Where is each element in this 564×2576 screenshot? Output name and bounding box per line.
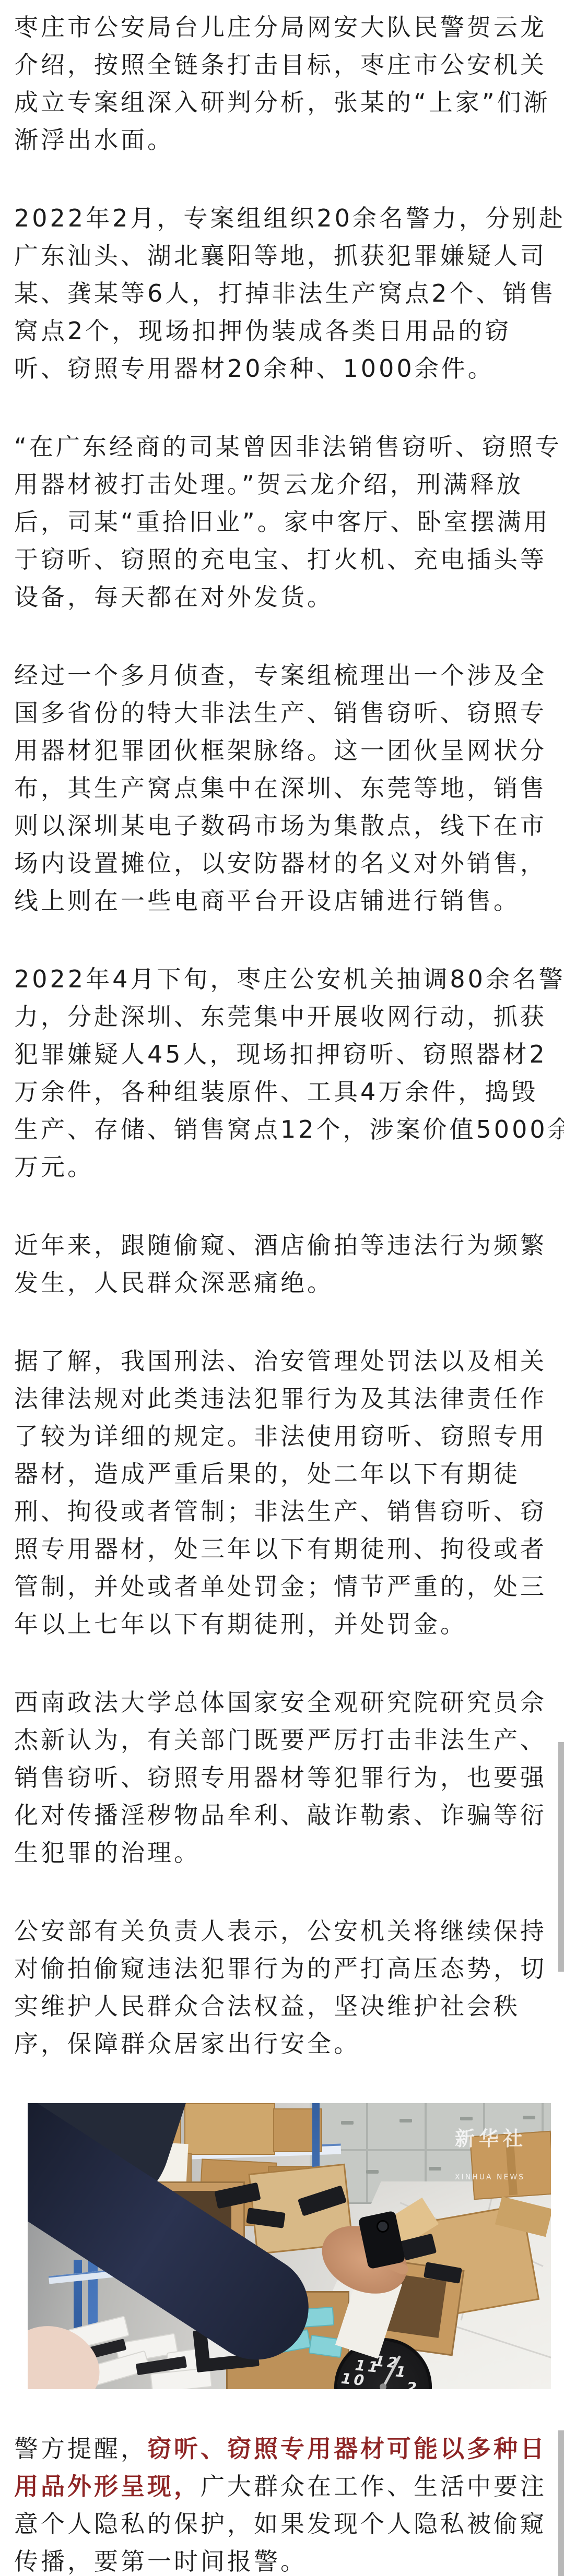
drawer-handle (341, 2121, 354, 2125)
text-line: 据了解，我国刑法、治安管理处罚法以及相关 (14, 1342, 550, 1380)
text-line: 照专用器材，处三年以下有期徒刑、拘役或者 (14, 1530, 550, 1568)
article-paragraph: 经过一个多月侦查，专案组梳理出一个涉及全国多省份的特大非法生产、销售窃听、窃照专… (14, 657, 550, 920)
text-line: 近年来，跟随偷窥、酒店偷拍等违法行为频繁 (14, 1226, 550, 1264)
warning-highlight: 窃听、窃照专用器材可能以多种日 (147, 2435, 547, 2463)
text-line: “在广东经商的司某曾因非法销售窃听、窃照专 (14, 428, 550, 466)
text-line: 设备，每天都在对外发货。 (14, 578, 550, 616)
text-line: 意个人隐私的保护，如果发现个人隐私被偷窥 (14, 2505, 550, 2543)
watermark-english: XINHUA NEWS (455, 2158, 527, 2196)
text-line: 传播，要第一时间报警。 (14, 2543, 550, 2576)
text-line: 化对传播淫秽物品牟利、敲诈勒索、诈骗等衍 (14, 1796, 550, 1834)
article-paragraph: 据了解，我国刑法、治安管理处罚法以及相关法律法规对此类违法犯罪行为及其法律责任作… (14, 1342, 550, 1643)
warning-text: 广大群众在工作、生活中要注 (201, 2472, 547, 2500)
article-paragraph: 枣庄市公安局台儿庄分局网安大队民警贺云龙介绍，按照全链条打击目标，枣庄市公安机关… (14, 8, 550, 159)
scrollbar-thumb[interactable] (558, 2430, 564, 2576)
drawer-handle (399, 2119, 412, 2122)
text-line: 犯罪嫌疑人45人，现场扣押窃听、窃照器材2 (14, 1035, 550, 1073)
text-line: 实维护人民群众合法权益，坚决维护社会秩 (14, 1987, 550, 2025)
text-line: 力，分赴深圳、东莞集中开展收网行动，抓获 (14, 998, 550, 1035)
text-line: 成立专案组深入研判分析，张某的“上家”们渐 (14, 84, 550, 121)
scrollbar-thumb[interactable] (558, 1742, 564, 1972)
text-line: 于窃听、窃照的充电宝、打火机、充电插头等 (14, 541, 550, 578)
text-line: 销售窃听、窃照专用器材等犯罪行为，也要强 (14, 1759, 550, 1796)
text-line: 用器材被打击处理。”贺云龙介绍，刑满释放 (14, 466, 550, 503)
text-line: 器材，造成严重后果的，处二年以下有期徒 (14, 1455, 550, 1493)
text-line: 窝点2个，现场扣押伪装成各类日用品的窃 (14, 312, 550, 350)
xinhua-watermark: 新华社 XINHUA NEWS (455, 2120, 527, 2196)
text-line: 生产、存储、销售窝点12个，涉案价值5000余 (14, 1111, 550, 1148)
text-line: 则以深圳某电子数码市场为集散点，线下在市 (14, 807, 550, 844)
text-line: 年以上七年以下有期徒刑，并处罚金。 (14, 1605, 550, 1643)
article-body: 枣庄市公安局台儿庄分局网安大队民警贺云龙介绍，按照全链条打击目标，枣庄市公安机关… (0, 0, 564, 2576)
text-line: 刑、拘役或者管制；非法生产、销售窃听、窃 (14, 1493, 550, 1530)
text-line: 介绍，按照全链条打击目标，枣庄市公安机关 (14, 46, 550, 84)
article-paragraph: 2022年4月下旬，枣庄公安机关抽调80余名警力，分赴深圳、东莞集中开展收网行动… (14, 960, 550, 1186)
text-line: 警方提醒，窃听、窃照专用器材可能以多种日 (14, 2430, 550, 2467)
camera-lens (377, 2220, 389, 2233)
warning-text: 意个人隐私的保护，如果发现个人隐私被偷窥 (14, 2510, 547, 2538)
text-line: 生犯罪的治理。 (14, 1834, 550, 1871)
text-line: 渐浮出水面。 (14, 121, 550, 159)
text-line: 广东汕头、湖北襄阳等地，抓获犯罪嫌疑人司 (14, 237, 550, 275)
text-line: 听、窃照专用器材20余种、1000余件。 (14, 350, 550, 387)
text-line: 布，其生产窝点集中在深圳、东莞等地，销售 (14, 769, 550, 807)
text-line: 杰新认为，有关部门既要严厉打击非法生产、 (14, 1721, 550, 1759)
text-line: 线上则在一些电商平台开设店铺进行销售。 (14, 882, 550, 920)
article-paragraph: 近年来，跟随偷窥、酒店偷拍等违法行为频繁发生，人民群众深恶痛绝。 (14, 1226, 550, 1302)
warning-highlight: 用品外形呈现， (14, 2472, 201, 2500)
text-line: 2022年4月下旬，枣庄公安机关抽调80余名警 (14, 960, 550, 998)
article-paragraph: 西南政法大学总体国家安全观研究院研究员佘杰新认为，有关部门既要严厉打击非法生产、… (14, 1684, 550, 1871)
drawer-handle (429, 2167, 441, 2170)
text-line: 万余件，各种组装原件、工具4万余件，捣毁 (14, 1073, 550, 1111)
text-line: 西南政法大学总体国家安全观研究院研究员佘 (14, 1684, 550, 1721)
article-paragraph: 2022年2月，专案组组织20余名警力，分别赴广东汕头、湖北襄阳等地，抓获犯罪嫌… (14, 199, 550, 387)
text-line: 用品外形呈现，广大群众在工作、生活中要注 (14, 2467, 550, 2505)
text-line: 法律法规对此类违法犯罪行为及其法律责任作 (14, 1380, 550, 1417)
text-line: 枣庄市公安局台儿庄分局网安大队民警贺云龙 (14, 8, 550, 46)
warning-text: 传播，要第一时间报警。 (14, 2547, 307, 2575)
watermark-chinese: 新华社 (455, 2120, 527, 2157)
seizure-warehouse-photo: ITEM NO. CTN NO. N.W. G.W. (28, 2103, 551, 2389)
text-line: 对偷拍偷窥违法犯罪行为的严打高压态势，切 (14, 1950, 550, 1987)
cardboard-box (184, 2103, 275, 2155)
text-line: 管制，并处或者单处罚金；情节严重的，处三 (14, 1568, 550, 1605)
text-line: 了较为详细的规定。非法使用窃听、窃照专用 (14, 1417, 550, 1455)
text-line: 后，司某“重拾旧业”。家中客厅、卧室摆满用 (14, 503, 550, 541)
text-line: 场内设置摊位，以安防器材的名义对外销售， (14, 844, 550, 882)
text-line: 2022年2月，专案组组织20余名警力，分别赴 (14, 199, 550, 237)
text-line: 国多省份的特大非法生产、销售窃听、窃照专 (14, 694, 550, 732)
drawer-handle (366, 2170, 379, 2174)
article-paragraph: 公安部有关负责人表示，公安机关将继续保持对偷拍偷窥违法犯罪行为的严打高压态势，切… (14, 1912, 550, 2062)
text-line: 公安部有关负责人表示，公安机关将继续保持 (14, 1912, 550, 1950)
text-line: 发生，人民群众深恶痛绝。 (14, 1264, 550, 1302)
text-line: 序，保障群众居家出行安全。 (14, 2025, 550, 2062)
text-line: 用器材犯罪团伙框架脉络。这一团伙呈网状分 (14, 732, 550, 769)
drawer-handle (523, 2116, 535, 2119)
text-line: 某、龚某等6人，打掉非法生产窝点2个、销售 (14, 275, 550, 312)
text-line: 经过一个多月侦查，专案组梳理出一个涉及全 (14, 657, 550, 694)
warning-text: 警方提醒， (14, 2435, 147, 2463)
warning-paragraph: 警方提醒，窃听、窃照专用器材可能以多种日用品外形呈现，广大群众在工作、生活中要注… (14, 2430, 550, 2576)
article-paragraph: “在广东经商的司某曾因非法销售窃听、窃照专用器材被打击处理。”贺云龙介绍，刑满释… (14, 428, 550, 616)
article-paragraphs: 枣庄市公安局台儿庄分局网安大队民警贺云龙介绍，按照全链条打击目标，枣庄市公安机关… (14, 8, 550, 2062)
text-line: 万元。 (14, 1148, 550, 1186)
